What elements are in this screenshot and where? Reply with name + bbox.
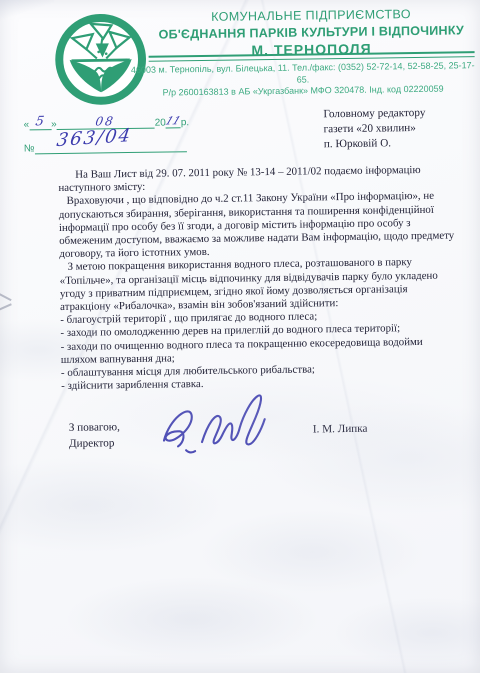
letter-body: На Ваш Лист від 29. 07. 2011 року № 13-1… xyxy=(58,163,461,393)
year-blank: 11 xyxy=(166,114,181,128)
paragraph: З метою покращення використання водного … xyxy=(59,256,460,314)
signoff-regards: З повагою, xyxy=(69,419,120,436)
recipient-person: п. Юрковій О. xyxy=(324,135,474,152)
paragraph: Враховуючи , що відповідно до ч.2 ст.11 … xyxy=(59,190,460,262)
reference-block: « 5 » 08 20 11 р. № 363/04 xyxy=(23,110,214,155)
signature-scribble-icon xyxy=(149,383,270,465)
scanned-letter-page: КОМУНАЛЬНЕ ПІДПРИЄМСТВО ОБ'ЄДНАННЯ ПАРКІ… xyxy=(0,0,480,673)
handwritten-number: 363/04 xyxy=(55,125,133,151)
company-type: КОМУНАЛЬНЕ ПІДПРИЄМСТВО xyxy=(148,6,474,25)
year-suffix: р. xyxy=(181,117,189,128)
signoff-block: З повагою, Директор xyxy=(69,419,121,452)
letter-content: КОМУНАЛЬНЕ ПІДПРИЄМСТВО ОБ'ЄДНАННЯ ПАРКІ… xyxy=(0,0,480,673)
signoff-position: Директор xyxy=(69,435,120,452)
number-blank: 363/04 xyxy=(34,134,186,154)
number-label: № xyxy=(24,143,35,154)
recipient-block: Головному редактору газети «20 хвилин» п… xyxy=(323,105,474,152)
letterhead-contacts: 46003 м. Тернопіль, вул. Білецька, 11. Т… xyxy=(129,60,477,99)
handwritten-day: 5 xyxy=(35,114,46,129)
number-row: № 363/04 xyxy=(24,134,214,155)
director-name: І. М. Липка xyxy=(313,423,368,436)
day-blank: 5 xyxy=(29,113,51,130)
